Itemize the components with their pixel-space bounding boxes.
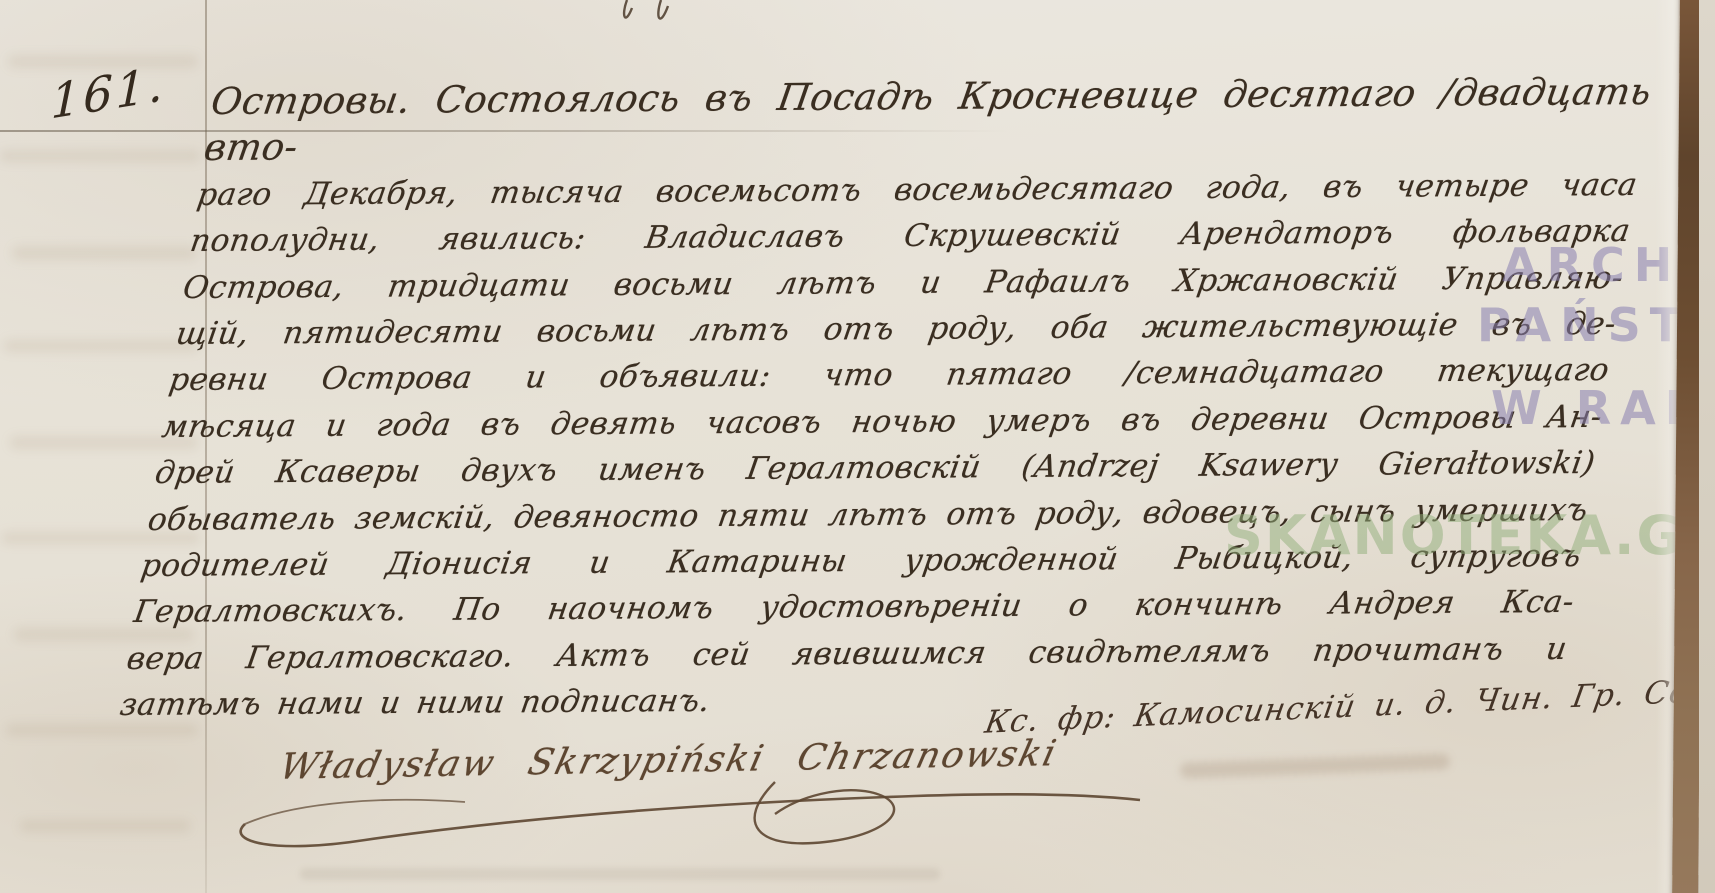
ink-smudge	[1180, 753, 1450, 778]
signature-flourish-icon	[215, 762, 1155, 862]
next-page-backing	[1699, 0, 1715, 893]
scanned-register-page: 161. Островы. Состоялось въ Посадѣ Кросн…	[0, 0, 1715, 893]
faint-bottom-marks	[300, 868, 940, 880]
text-line: Островы. Состоялось въ Посадѣ Кросневице…	[201, 69, 1655, 172]
act-text: Островы. Состоялось въ Посадѣ Кросневице…	[117, 69, 1655, 729]
top-pen-marks	[605, 0, 695, 30]
portal-watermark: SKANOTEKA.GEN	[1224, 504, 1715, 567]
